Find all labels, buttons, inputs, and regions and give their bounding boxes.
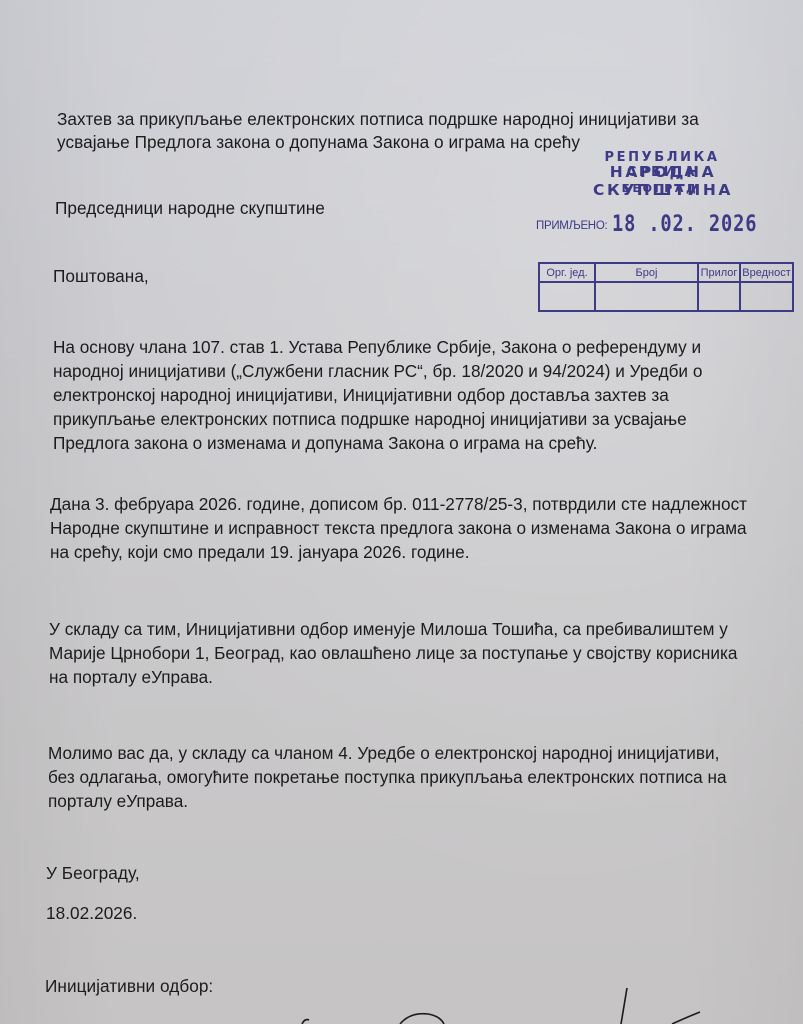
signature-icon bbox=[0, 0, 803, 1024]
